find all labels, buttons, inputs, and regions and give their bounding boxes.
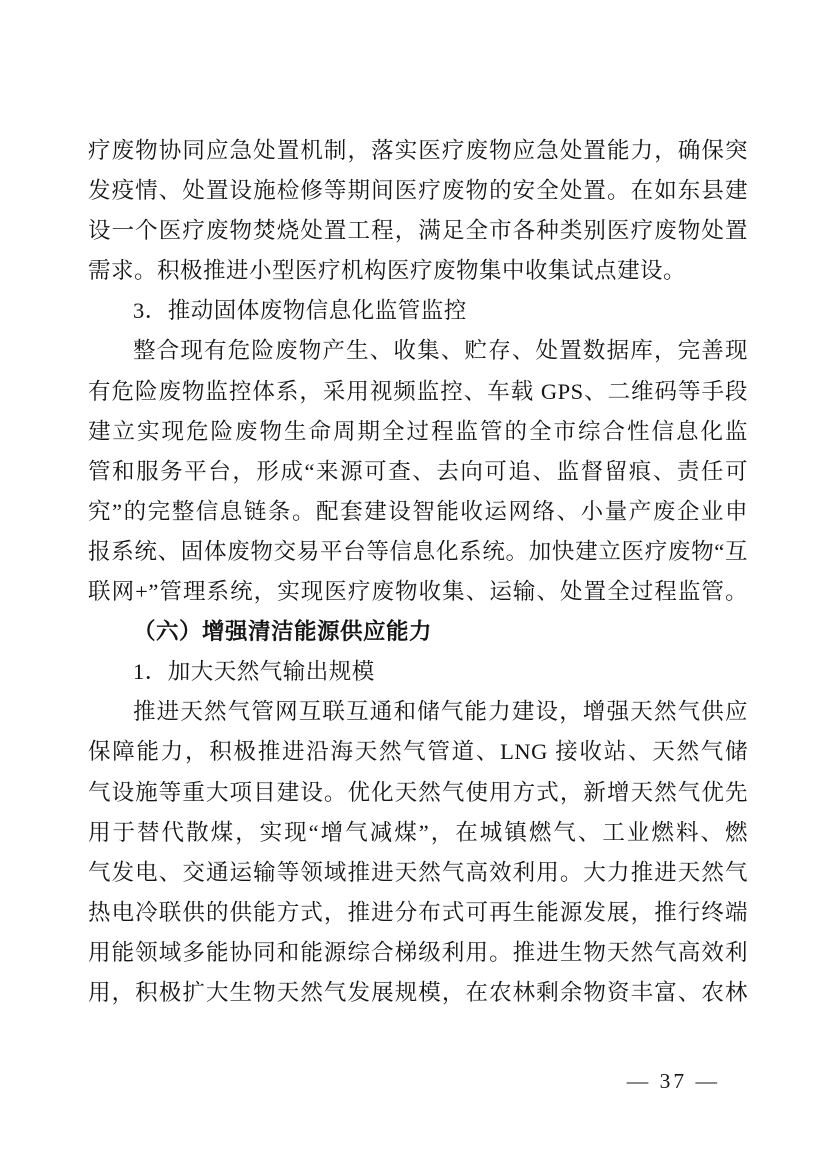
body-text-line: 用于替代散煤，实现“增气减煤”，在城镇燃气、工业燃料、燃 xyxy=(88,813,748,853)
body-text-line: 气发电、交通运输等领域推进天然气高效利用。大力推进天然气 xyxy=(88,853,748,893)
document-text-block: 疗废物协同应急处置机制，落实医疗废物应急处置能力，确保突 发疫情、处置设施检修等… xyxy=(88,131,748,1013)
body-text-line: 推进天然气管网互联互通和储气能力建设，增强天然气供应 xyxy=(88,692,748,732)
body-text-line: 报系统、固体废物交易平台等信息化系统。加快建立医疗废物“互 xyxy=(88,532,748,572)
body-text-line: 用，积极扩大生物天然气发展规模，在农林剩余物资丰富、农林 xyxy=(88,973,748,1013)
body-text-line: 究”的完整信息链条。配套建设智能收运网络、小量产废企业申 xyxy=(88,492,748,532)
body-text-line: 有危险废物监控体系，采用视频监控、车载 GPS、二维码等手段 xyxy=(88,372,748,412)
body-text-line: 需求。积极推进小型医疗机构医疗废物集中收集试点建设。 xyxy=(88,251,748,291)
body-text-line: 发疫情、处置设施检修等期间医疗废物的安全处置。在如东县建 xyxy=(88,171,748,211)
body-text-line: 整合现有危险废物产生、收集、贮存、处置数据库，完善现 xyxy=(88,331,748,371)
body-text-line: 建立实现危险废物生命周期全过程监管的全市综合性信息化监 xyxy=(88,412,748,452)
body-text-line: 管和服务平台，形成“来源可查、去向可追、监督留痕、责任可 xyxy=(88,452,748,492)
body-text-line: 气设施等重大项目建设。优化天然气使用方式，新增天然气优先 xyxy=(88,773,748,813)
section-heading: （六）增强清洁能源供应能力 xyxy=(88,612,748,652)
body-text-line: 用能领域多能协同和能源综合梯级利用。推进生物天然气高效利 xyxy=(88,933,748,973)
body-text-line: 疗废物协同应急处置机制，落实医疗废物应急处置能力，确保突 xyxy=(88,131,748,171)
body-text-line: 联网+”管理系统，实现医疗废物收集、运输、处置全过程监管。 xyxy=(88,572,748,612)
body-text-line: 热电冷联供的供能方式，推进分布式可再生能源发展，推行终端 xyxy=(88,893,748,933)
page-number: — 37 — xyxy=(627,1066,720,1096)
document-page: 疗废物协同应急处置机制，落实医疗废物应急处置能力，确保突 发疫情、处置设施检修等… xyxy=(0,0,826,1169)
body-text-line: 保障能力，积极推进沿海天然气管道、LNG 接收站、天然气储 xyxy=(88,732,748,772)
subsection-heading: 3．推动固体废物信息化监管监控 xyxy=(88,291,748,331)
subsection-heading: 1．加大天然气输出规模 xyxy=(88,652,748,692)
body-text-line: 设一个医疗废物焚烧处置工程，满足全市各种类别医疗废物处置 xyxy=(88,211,748,251)
